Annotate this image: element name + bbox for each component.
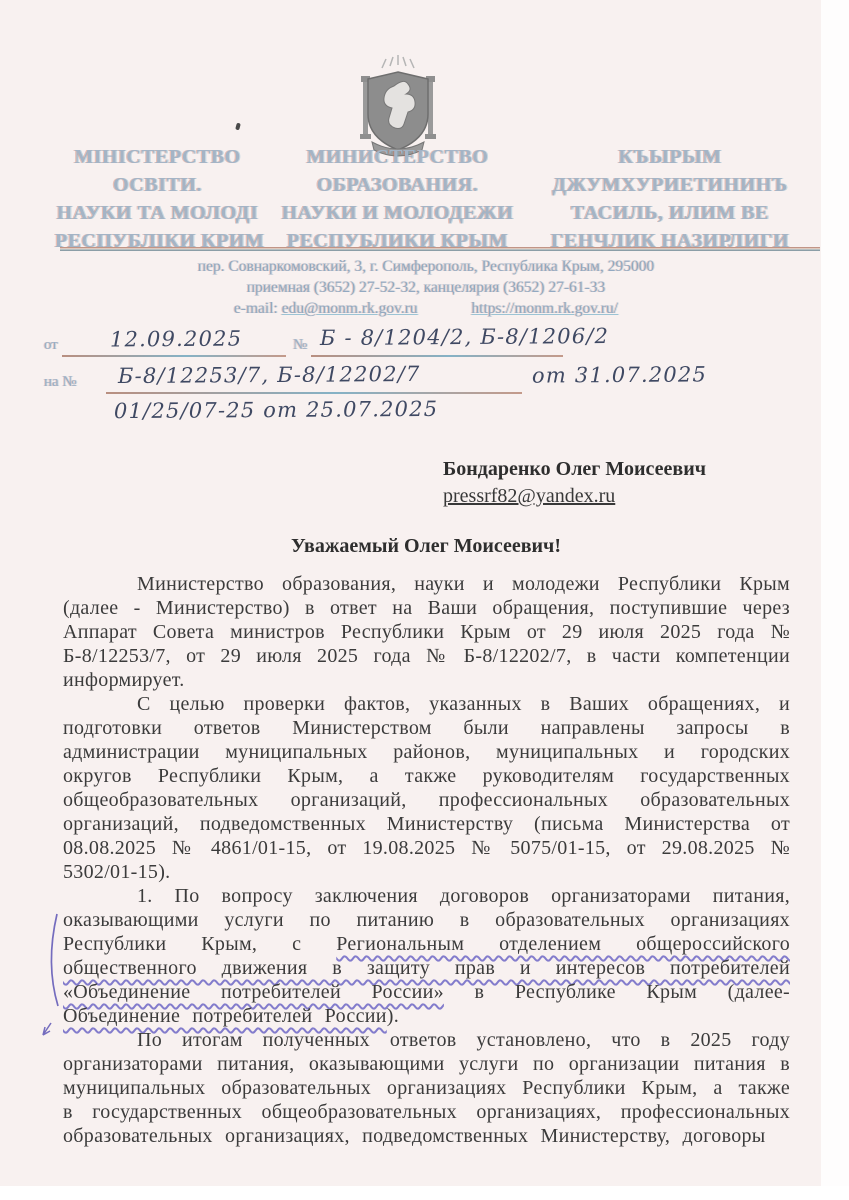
letterhead-line: ТАСИЛЬ, ИЛИМ ВЕ: [535, 199, 805, 227]
reference-block: от 12.09.2025 № Б - 8/1204/2, Б-8/1206/2…: [0, 326, 849, 436]
contact-line: e-mail: edu@monm.rk.gov.ru https://monm.…: [63, 298, 789, 319]
reply-to-label: на №: [44, 374, 77, 391]
paragraph-3-text: ).: [387, 1005, 399, 1027]
paragraph-3-text: в Республике Крым (далее-: [444, 981, 790, 1003]
number-field-underline: [311, 355, 563, 357]
letterhead-line: ОСВІТИ.: [55, 171, 260, 199]
scanned-letter-page: МІНІСТЕРСТВО ОСВІТИ. НАУКИ ТА МОЛОДІ РЕС…: [0, 0, 849, 1200]
website-link: https://monm.rk.gov.ru/: [471, 300, 618, 317]
letter-body: Министерство образования, науки и молоде…: [63, 572, 790, 1148]
letterhead-ukrainian: МІНІСТЕРСТВО ОСВІТИ. НАУКИ ТА МОЛОДІ РЕС…: [55, 143, 260, 255]
scan-edge-right: [821, 0, 849, 1200]
reply-number-handwritten: Б-8/12253/7, Б-8/12202/7: [118, 362, 421, 388]
letterhead: МІНІСТЕРСТВО ОСВІТИ. НАУКИ ТА МОЛОДІ РЕС…: [55, 143, 805, 255]
paragraph-1: Министерство образования, науки и молоде…: [63, 572, 790, 692]
reply-date-handwritten: от 31.07.2025: [532, 362, 707, 387]
margin-vertical-pen-line: [52, 914, 59, 1006]
letterhead-line: НАУКИ ТА МОЛОДІ: [55, 199, 260, 227]
letterhead-line: КЪЫРЫМ: [535, 143, 805, 171]
ink-speck: [235, 123, 241, 131]
address-line: пер. Совнаркомовский, 3, г. Симферополь,…: [63, 256, 789, 277]
letterhead-line: МІНІСТЕРСТВО: [55, 143, 260, 171]
letterhead-russian: МИНИСТЕРСТВО ОБРАЗОВАНИЯ. НАУКИ И МОЛОДЕ…: [275, 143, 520, 255]
email-label: e-mail:: [234, 300, 278, 317]
paragraph-2: С целью проверки фактов, указанных в Ваш…: [63, 692, 790, 884]
recipient-name: Бондаренко Олег Моисеевич: [443, 456, 706, 483]
letterhead-line: ОБРАЗОВАНИЯ.: [275, 171, 520, 199]
extra-reference-handwritten: 01/25/07-25 от 25.07.2025: [114, 397, 438, 423]
paragraph-4: По итогам полученных ответов установлено…: [63, 1028, 790, 1148]
margin-arrow-pen-mark: [43, 1023, 51, 1035]
number-label: №: [293, 337, 307, 354]
email-link: edu@monm.rk.gov.ru: [282, 300, 418, 317]
letterhead-crimean-tatar: КЪЫРЫМ ДЖУМХУРИЕТИНИНЪ ТАСИЛЬ, ИЛИМ ВЕ Г…: [535, 143, 805, 255]
pen-underlined-text: Объединение потребителей России: [63, 1005, 387, 1027]
letter-date-handwritten: 12.09.2025: [110, 327, 242, 352]
from-field-underline: [62, 355, 286, 357]
from-label: от: [44, 337, 58, 354]
letter-number-handwritten: Б - 8/1204/2, Б-8/1206/2: [320, 324, 609, 350]
letterhead-line: ДЖУМХУРИЕТИНИНЪ: [535, 171, 805, 199]
letterhead-address: пер. Совнаркомовский, 3, г. Симферополь,…: [63, 256, 789, 319]
recipient-email: pressrf82@yandex.ru: [443, 483, 706, 510]
recipient-block: Бондаренко Олег Моисеевич pressrf82@yand…: [443, 456, 706, 510]
letterhead-line: НАУКИ И МОЛОДЕЖИ: [275, 199, 520, 227]
phone-line: приемная (3652) 27-52-32, канцелярия (36…: [63, 277, 789, 298]
reply-field-underline: [106, 392, 522, 394]
paragraph-3: 1. По вопросу заключения договоров орган…: [63, 884, 790, 1028]
letterhead-line: МИНИСТЕРСТВО: [275, 143, 520, 171]
scan-edge-bottom: [0, 1186, 849, 1200]
salutation: Уважаемый Олег Моисеевич!: [63, 535, 789, 558]
letterhead-divider: [60, 247, 820, 251]
